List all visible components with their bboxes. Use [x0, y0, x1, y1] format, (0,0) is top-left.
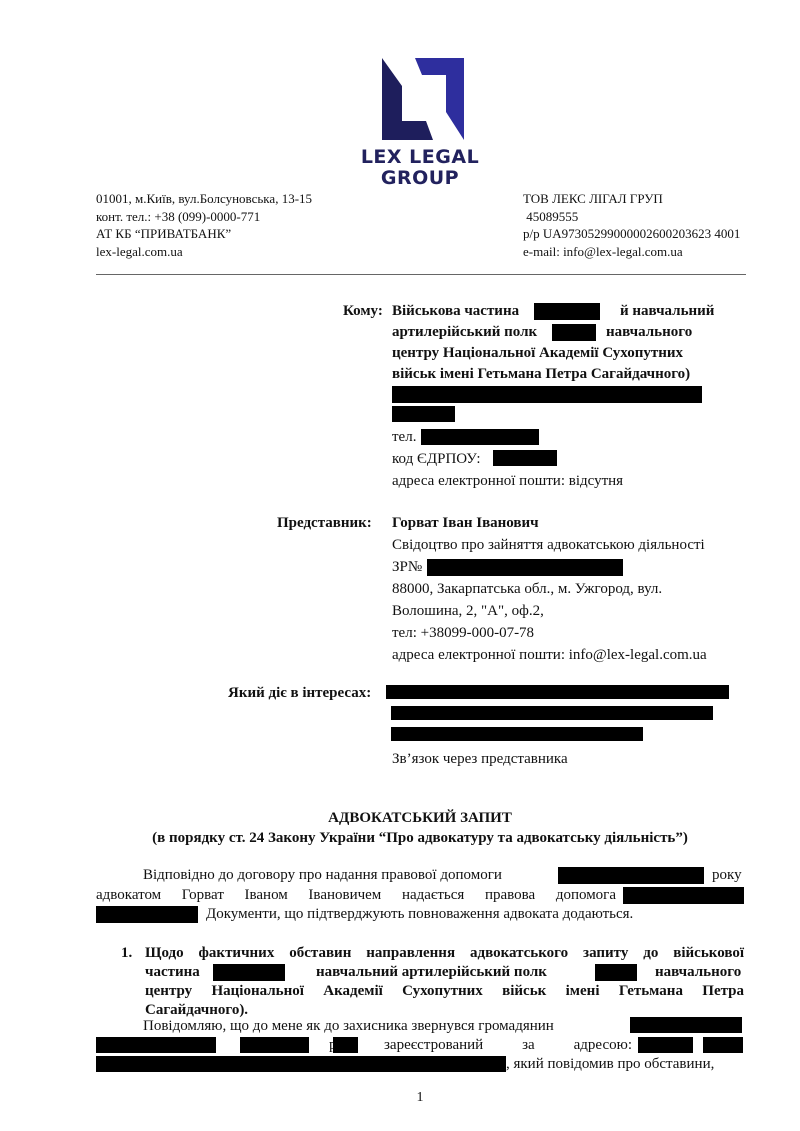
body-line3: , який повідомив про обставини, [506, 1054, 714, 1075]
representative-email: адреса електронної пошти: info@lex-legal… [392, 645, 707, 666]
redaction-box [96, 1056, 506, 1072]
redaction-box [630, 1017, 742, 1033]
redaction-box [96, 906, 198, 923]
intro-line1a: Відповідно до договору про надання право… [143, 865, 502, 886]
redaction-box [391, 727, 643, 741]
redaction-box [392, 406, 455, 422]
redaction-box [240, 1037, 309, 1053]
recipient-label: Кому: [343, 301, 383, 322]
contact-phone: конт. тел.: +38 (099)-0000-771 [96, 208, 312, 226]
recipient-email: адреса електронної пошти: відсутня [392, 471, 623, 492]
company-code: 45089555 [523, 208, 740, 226]
representative-cert-no-label: ЗР№ [392, 557, 422, 578]
company-name: ТОВ ЛЕКС ЛІГАЛ ГРУП [523, 190, 740, 208]
redaction-box [623, 887, 744, 904]
document-title: АДВОКАТСЬКИЙ ЗАПИТ [0, 808, 800, 828]
redaction-box [558, 867, 704, 884]
redaction-box [386, 685, 729, 699]
website-link[interactable]: lex-legal.com.ua [96, 243, 312, 261]
redaction-box [392, 386, 702, 403]
bank-account: р/р UA97305299000002600203623 4001 [523, 225, 740, 243]
redaction-box [534, 303, 600, 320]
document-subtitle: (в порядку ст. 24 Закону України “Про ад… [0, 828, 800, 848]
redaction-box [333, 1037, 358, 1053]
redaction-box [213, 964, 285, 981]
representative-name: Горват Іван Іванович [392, 513, 539, 534]
redaction-box [421, 429, 539, 445]
recipient-line1a: Військова частина [392, 301, 519, 322]
redaction-box [427, 559, 623, 576]
header-divider [96, 274, 746, 275]
redaction-box [391, 706, 713, 720]
representative-phone: тел: +38099-000-07-78 [392, 623, 534, 644]
brand-name: LEX LEGAL GROUP [340, 147, 500, 189]
redaction-box [493, 450, 557, 466]
client-label: Який діє в інтересах: [228, 683, 371, 704]
recipient-line2b: навчального [606, 322, 692, 343]
body-line1: Повідомляю, що до мене як до захисника з… [143, 1016, 554, 1037]
page-number: 1 [0, 1090, 800, 1106]
client-contact: Зв’язок через представника [392, 749, 568, 770]
bank-name: АТ КБ “ПРИВАТБАНК” [96, 225, 312, 243]
company-email[interactable]: e-mail: info@lex-legal.com.ua [523, 243, 740, 261]
recipient-edrpou-label: код ЄДРПОУ: [392, 449, 481, 470]
recipient-line4: військ імені Гетьмана Петра Сагайдачного… [392, 364, 690, 385]
recipient-line3: центру Національної Академії Сухопутних [392, 343, 683, 364]
recipient-line2a: артилерійський полк [392, 322, 537, 343]
recipient-line1b: й навчальний [620, 301, 714, 322]
representative-label: Представник: [277, 513, 372, 534]
intro-line2: адвокатом Горват Іваном Івановичем надає… [96, 885, 616, 906]
redaction-box [703, 1037, 743, 1053]
item-number: 1. [121, 943, 132, 964]
redaction-box [595, 964, 637, 981]
intro-line1b: року [712, 865, 742, 886]
item-line2b: навчальний артилерійський полк [316, 962, 547, 983]
intro-line3: Документи, що підтверджують повноваження… [206, 904, 633, 925]
office-address: 01001, м.Київ, вул.Болсуновська, 13-15 [96, 190, 312, 208]
lex-legal-logo-icon [380, 56, 466, 142]
item-line2c: навчального [655, 962, 741, 983]
redaction-box [552, 324, 596, 341]
representative-certificate: Свідоцтво про зайняття адвокатською діял… [392, 535, 705, 556]
representative-address1: 88000, Закарпатська обл., м. Ужгород, ву… [392, 579, 662, 600]
item-line1: Щодо фактичних обставин направлення адво… [145, 943, 744, 964]
representative-address2: Волошина, 2, "А", оф.2, [392, 601, 544, 622]
item-line2a: частина [145, 962, 200, 983]
redaction-box [96, 1037, 216, 1053]
item-line3: центру Національної Академії Сухопутних … [145, 981, 744, 1002]
letterhead-right: ТОВ ЛЕКС ЛІГАЛ ГРУП 45089555 р/р UA97305… [523, 190, 740, 260]
redaction-box [638, 1037, 693, 1053]
letterhead-left: 01001, м.Київ, вул.Болсуновська, 13-15 к… [96, 190, 312, 260]
body-line2b: зареєстрований за адресою: [384, 1035, 632, 1056]
recipient-tel-label: тел. [392, 427, 416, 448]
